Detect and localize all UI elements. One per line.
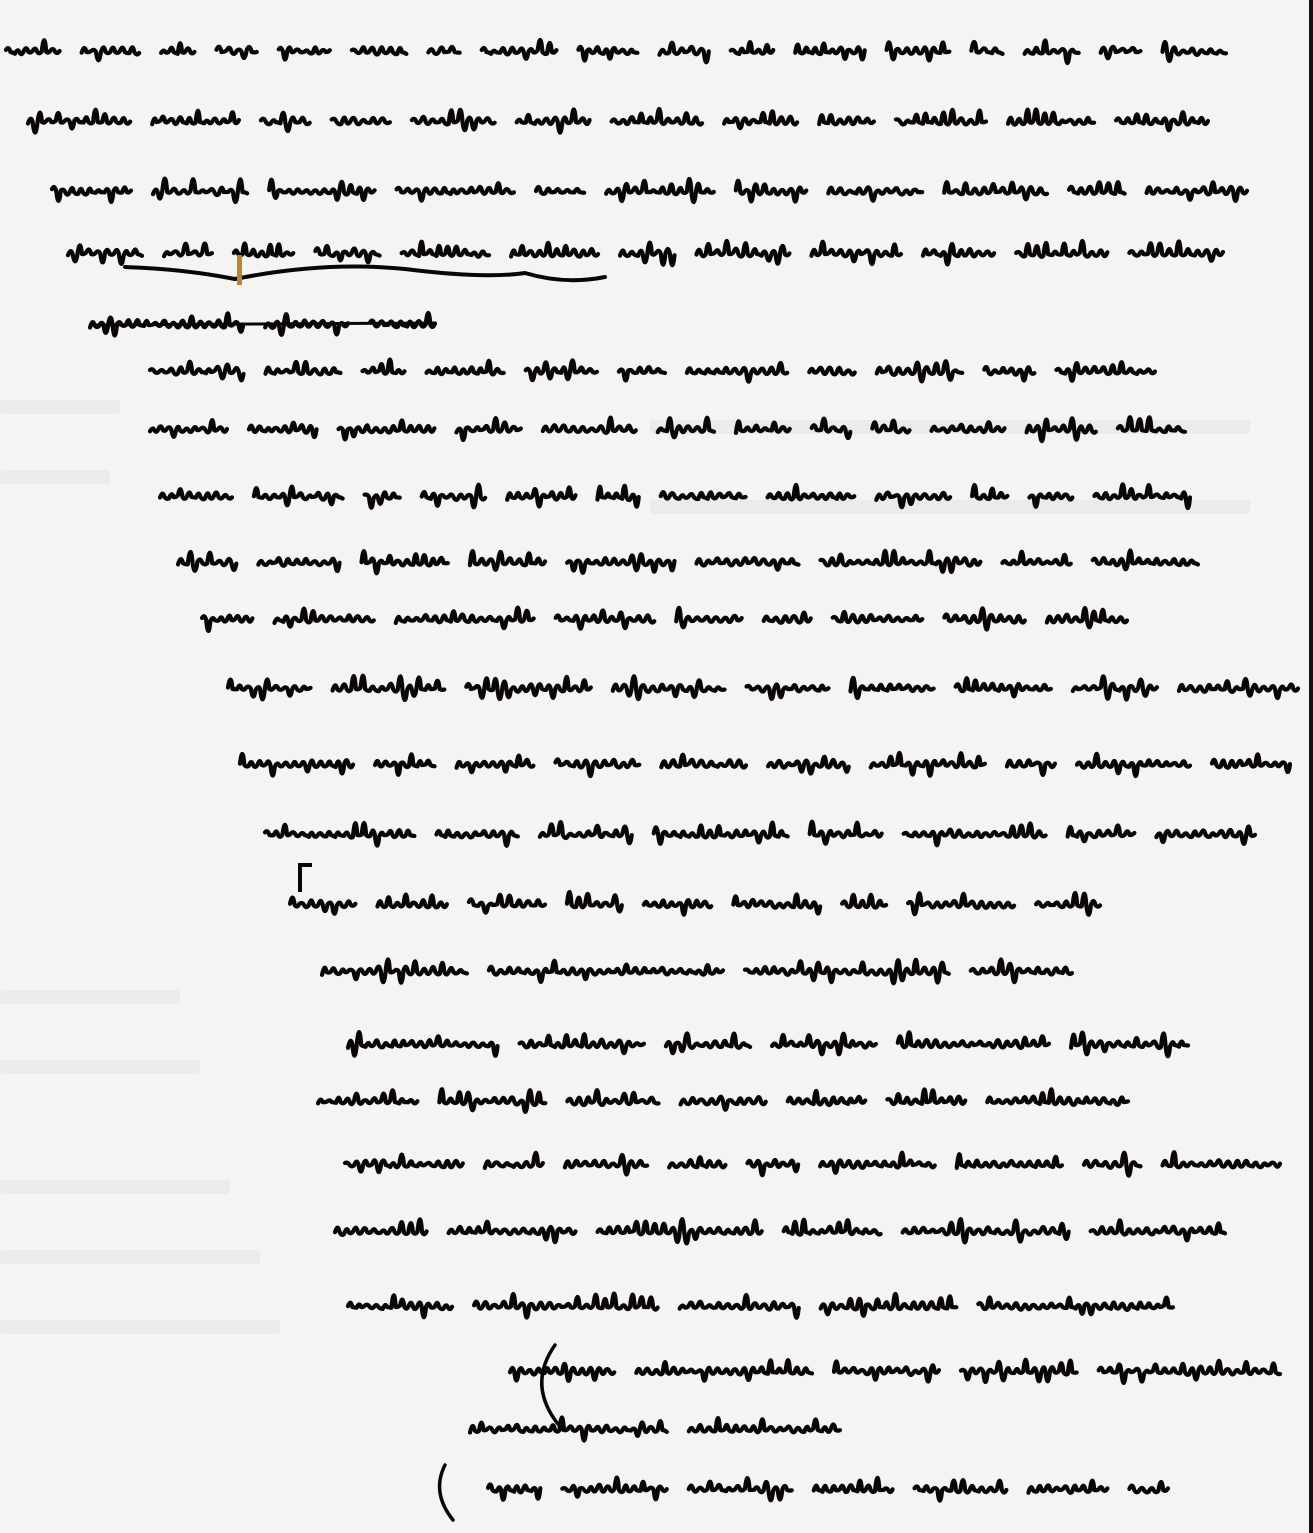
shorthand-word xyxy=(828,187,922,200)
shorthand-word xyxy=(871,753,985,776)
shorthand-word xyxy=(1147,182,1247,200)
shorthand-word xyxy=(397,183,514,200)
shorthand-word xyxy=(956,678,1051,696)
shorthand-line xyxy=(318,1089,1128,1112)
shorthand-word xyxy=(402,242,489,257)
shorthand-word xyxy=(489,961,723,982)
shorthand-word xyxy=(1077,754,1190,776)
shorthand-word xyxy=(520,1034,644,1053)
shorthand-word xyxy=(279,47,330,59)
shorthand-word xyxy=(202,616,252,631)
shorthand-word xyxy=(833,612,923,622)
shorthand-word xyxy=(944,608,1025,629)
shorthand-word xyxy=(488,1484,540,1499)
shorthand-word xyxy=(510,1364,614,1381)
shorthand-word xyxy=(819,115,874,124)
insertion-mark xyxy=(300,865,312,892)
shorthand-word xyxy=(681,1097,766,1110)
shorthand-word xyxy=(1156,827,1255,844)
shorthand-word xyxy=(957,1154,1062,1168)
shorthand-word xyxy=(887,1089,965,1104)
shorthand-word xyxy=(178,552,236,571)
shorthand-word xyxy=(1093,550,1198,569)
shorthand-word xyxy=(612,109,702,125)
shorthand-word xyxy=(348,1295,452,1317)
shorthand-word xyxy=(598,1219,762,1243)
shorthand-word xyxy=(872,421,909,433)
shorthand-word xyxy=(562,1478,666,1500)
shorthand-line xyxy=(488,1478,1168,1501)
shorthand-word xyxy=(731,42,773,54)
shorthand-line xyxy=(322,959,1072,983)
shorthand-word xyxy=(644,900,712,915)
shorthand-word xyxy=(876,493,950,508)
shorthand-word xyxy=(261,113,310,131)
shorthand-word xyxy=(578,47,637,61)
shorthand-word xyxy=(810,822,882,844)
shorthand-word xyxy=(768,757,849,774)
margin-tick xyxy=(237,255,242,285)
shorthand-word xyxy=(422,485,485,508)
shorthand-word xyxy=(1002,552,1070,565)
shorthand-word xyxy=(764,613,811,623)
shorthand-word xyxy=(1129,1482,1168,1492)
shorthand-word xyxy=(689,1478,792,1500)
shorthand-word xyxy=(556,610,655,628)
shorthand-word xyxy=(82,47,139,60)
shorthand-word xyxy=(507,487,575,506)
shorthand-word xyxy=(160,489,232,499)
shorthand-line xyxy=(335,1219,1225,1243)
shorthand-word xyxy=(1101,47,1141,58)
shorthand-line xyxy=(90,313,435,336)
shorthand-word xyxy=(1163,42,1226,61)
shorthand-word xyxy=(1129,241,1223,260)
shorthand-line xyxy=(178,550,1198,573)
shorthand-word xyxy=(1179,679,1298,698)
shorthand-line xyxy=(52,179,1247,202)
shorthand-word xyxy=(555,759,639,776)
shorthand-word xyxy=(265,823,414,846)
shorthand-word xyxy=(908,893,1014,914)
shorthand-line xyxy=(510,1360,1280,1383)
shorthand-word xyxy=(164,244,212,257)
shorthand-word xyxy=(687,363,787,382)
shorthand-word xyxy=(887,42,950,60)
shorthand-word xyxy=(1163,1152,1280,1167)
shorthand-word xyxy=(696,558,798,570)
shorthand-word xyxy=(1118,417,1185,432)
shorthand-word xyxy=(654,823,788,844)
shorthand-word xyxy=(348,1032,498,1056)
shorthand-word xyxy=(972,485,1007,499)
shorthand-word xyxy=(903,1219,1069,1242)
shorthand-word xyxy=(28,110,130,133)
shorthand-word xyxy=(814,1478,893,1492)
shorthand-word xyxy=(971,42,1002,54)
shorthand-line xyxy=(290,892,1100,915)
shorthand-word xyxy=(322,960,467,983)
shorthand-word xyxy=(1084,1153,1141,1176)
shorthand-word xyxy=(821,551,981,572)
shorthand-word xyxy=(923,244,994,264)
shorthand-word xyxy=(842,895,886,908)
shorthand-word xyxy=(1029,493,1072,506)
shorthand-line xyxy=(228,676,1298,700)
shorthand-word xyxy=(736,181,806,202)
bracket-mark xyxy=(440,1465,453,1520)
manuscript-page xyxy=(0,0,1309,1533)
shorthand-line xyxy=(28,109,1208,133)
shorthand-word xyxy=(597,486,638,507)
shorthand-word xyxy=(240,754,353,775)
shorthand-word xyxy=(474,1294,658,1318)
shorthand-word xyxy=(680,1295,799,1318)
shorthand-word xyxy=(52,187,131,202)
shorthand-line xyxy=(345,1152,1280,1175)
shorthand-word xyxy=(1091,1220,1225,1240)
shorthand-word xyxy=(676,608,741,627)
shorthand-word xyxy=(249,423,317,437)
shorthand-word xyxy=(613,676,725,699)
shorthand-word xyxy=(1025,41,1079,64)
shorthand-line xyxy=(348,1032,1188,1056)
shorthand-word xyxy=(567,1090,658,1105)
shorthand-word xyxy=(851,678,934,698)
shorthand-line xyxy=(240,753,1290,776)
shorthand-word xyxy=(466,677,591,699)
shorthand-word xyxy=(540,822,632,843)
shorthand-word xyxy=(1099,1361,1280,1383)
shorthand-word xyxy=(724,111,797,128)
shorthand-word xyxy=(620,243,674,265)
shorthand-word xyxy=(370,313,435,327)
wavy-underline xyxy=(125,267,605,281)
shorthand-word xyxy=(449,1222,576,1242)
shorthand-word xyxy=(1212,754,1290,772)
shorthand-word xyxy=(234,243,293,256)
shorthand-word xyxy=(228,680,311,700)
shorthand-word xyxy=(265,362,340,374)
shorthand-word xyxy=(659,43,708,63)
shorthand-word xyxy=(1094,484,1190,508)
shorthand-word xyxy=(536,187,584,194)
shorthand-word xyxy=(795,44,864,60)
shorthand-word xyxy=(784,1220,881,1235)
shorthand-word xyxy=(511,243,598,257)
shorthand-line xyxy=(160,484,1190,508)
shorthand-word xyxy=(412,110,495,130)
shorthand-line xyxy=(265,822,1255,846)
shorthand-word xyxy=(987,1089,1128,1105)
shorthand-word xyxy=(636,1360,812,1380)
shorthand-word xyxy=(456,418,520,440)
shorthand-word xyxy=(439,1089,545,1112)
shorthand-word xyxy=(877,361,962,381)
shorthand-word xyxy=(333,676,445,700)
shorthand-word xyxy=(834,1361,939,1381)
shorthand-word xyxy=(811,242,901,264)
shorthand-word xyxy=(428,47,459,54)
scan-border xyxy=(1309,0,1313,1533)
shorthand-word xyxy=(666,1033,750,1053)
shorthand-word xyxy=(733,895,820,914)
shorthand-word xyxy=(1047,608,1127,627)
shorthand-word xyxy=(1028,1481,1107,1493)
shorthand-word xyxy=(269,180,374,200)
shorthand-word xyxy=(332,118,390,125)
shorthand-word xyxy=(1036,893,1100,915)
shorthand-word xyxy=(377,895,446,908)
shorthand-word xyxy=(1027,418,1096,441)
shorthand-word xyxy=(978,1297,1173,1314)
shorthand-word xyxy=(1116,112,1208,130)
shorthand-word xyxy=(768,485,855,499)
shorthand-word xyxy=(747,685,829,699)
shorthand-word xyxy=(485,1153,543,1168)
shorthand-word xyxy=(1016,241,1107,257)
shorthand-word xyxy=(820,1153,935,1173)
shorthand-word xyxy=(1056,362,1155,381)
shorthand-word xyxy=(543,418,636,433)
shorthand-word xyxy=(567,892,622,911)
shorthand-word xyxy=(216,47,256,58)
shorthand-word xyxy=(619,367,665,380)
shorthand-word xyxy=(809,368,854,375)
shorthand-word xyxy=(896,110,986,125)
shorthand-word xyxy=(517,109,590,132)
shorthand-word xyxy=(352,47,407,54)
shorthand-word xyxy=(153,179,247,202)
shorthand-word xyxy=(931,422,1004,432)
shorthand-word xyxy=(904,824,1046,846)
shorthand-line xyxy=(150,417,1185,441)
shorthand-word xyxy=(565,1155,647,1175)
shorthand-word xyxy=(290,898,355,914)
shorthand-word xyxy=(1007,760,1055,775)
shorthand-word xyxy=(362,551,448,573)
shorthand-word xyxy=(375,754,435,774)
shorthand-word xyxy=(915,1480,1007,1501)
shorthand-word xyxy=(944,182,1047,199)
shorthand-word xyxy=(470,551,545,570)
shorthand-word xyxy=(661,492,746,499)
shorthand-word xyxy=(689,1418,840,1432)
shorthand-word xyxy=(1069,182,1125,194)
shorthand-word xyxy=(315,246,379,262)
shorthand-line xyxy=(202,608,1127,631)
shorthand-word xyxy=(669,1157,725,1167)
shorthand-word xyxy=(526,360,597,380)
shorthand-word xyxy=(396,608,534,629)
shorthand-word xyxy=(1008,110,1094,125)
shorthand-word xyxy=(426,361,503,375)
shorthand-word xyxy=(436,831,517,846)
shorthand-word xyxy=(658,418,714,438)
shorthand-word xyxy=(469,895,545,913)
shorthand-word xyxy=(971,959,1072,982)
shorthand-word xyxy=(984,367,1034,380)
shorthand-line xyxy=(6,40,1226,63)
shorthand-line xyxy=(150,360,1155,382)
shorthand-word xyxy=(161,43,194,54)
shorthand-word xyxy=(745,960,949,983)
shorthand-word xyxy=(6,40,60,54)
shorthand-word xyxy=(339,420,435,439)
shorthand-word xyxy=(1073,676,1157,699)
shorthand-word xyxy=(821,1294,957,1316)
shorthand-word xyxy=(661,755,746,768)
shorthand-word xyxy=(150,420,227,437)
shorthand-word xyxy=(150,362,243,381)
shorthand-word xyxy=(788,1091,866,1105)
shorthand-word xyxy=(318,1090,417,1104)
shorthand-word xyxy=(362,360,404,374)
shorthand-word xyxy=(482,40,557,59)
shorthand-word xyxy=(68,245,142,264)
handwriting-strokes xyxy=(0,0,1309,1533)
shorthand-word xyxy=(365,492,400,507)
shorthand-line xyxy=(348,1294,1173,1318)
shorthand-word xyxy=(961,1360,1077,1382)
shorthand-word xyxy=(457,756,534,772)
shorthand-word xyxy=(812,419,851,438)
strikethrough xyxy=(90,323,435,325)
shorthand-word xyxy=(470,1417,667,1440)
shorthand-word xyxy=(1071,1033,1188,1057)
shorthand-word xyxy=(152,111,239,124)
shorthand-word xyxy=(335,1219,427,1234)
shorthand-word xyxy=(898,1032,1049,1048)
shorthand-word xyxy=(345,1155,463,1172)
shorthand-line xyxy=(470,1417,840,1440)
shorthand-word xyxy=(736,421,790,433)
shorthand-word xyxy=(696,241,789,264)
shorthand-word xyxy=(254,487,343,506)
shorthand-word xyxy=(1068,826,1135,842)
shorthand-word xyxy=(747,1160,798,1175)
shorthand-word xyxy=(606,179,714,202)
shorthand-word xyxy=(772,1034,876,1054)
shorthand-word xyxy=(567,554,674,573)
shorthand-word xyxy=(274,609,373,627)
shorthand-word xyxy=(258,558,339,571)
